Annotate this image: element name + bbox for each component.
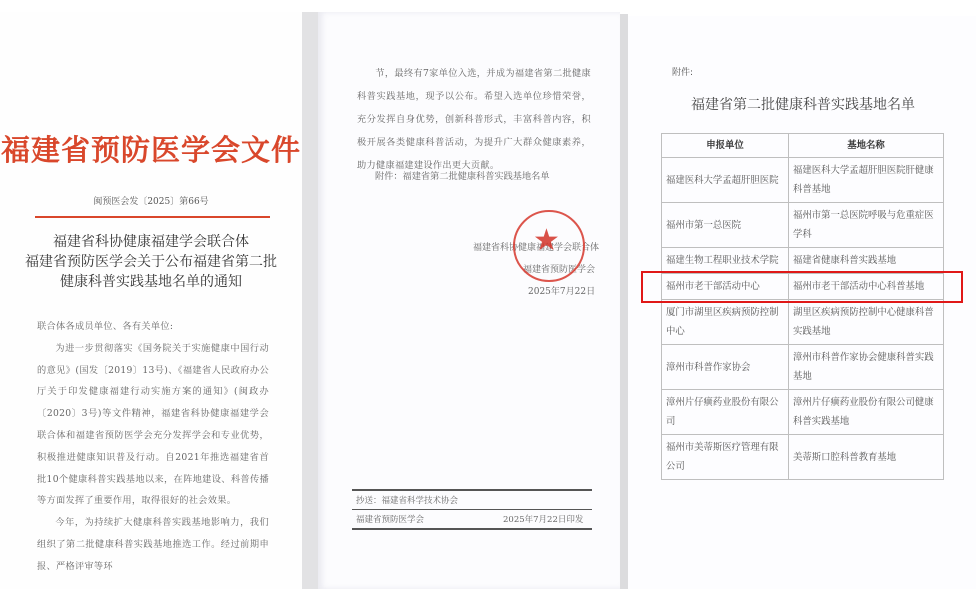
continuation-paragraph: 节，最终有7家单位入选，并成为福建省第二批健康科普实践基地，现予以公布。希望入选… — [357, 62, 591, 177]
cc-line: 抄送：福建省科学技术协会 — [356, 494, 458, 506]
notice-body: 联合体各成员单位、各有关单位: 为进一步贯彻落实《国务院关于实施健康中国行动的意… — [37, 316, 269, 578]
cell-base: 湖里区疾病预防控制中心健康科普实践基地 — [789, 300, 944, 345]
table-row: 漳州片仔癀药业股份有限公司漳州片仔癀药业股份有限公司健康科普实践基地 — [662, 390, 944, 435]
table-header-row: 申报单位 基地名称 — [662, 134, 944, 158]
column-header-unit: 申报单位 — [662, 134, 789, 158]
notice-title-line: 健康科普实践基地名单的通知 — [0, 272, 302, 292]
document-number: 闽预医会发〔2025〕第66号 — [0, 194, 302, 207]
cell-unit: 福建医科大学孟超肝胆医院 — [662, 158, 789, 203]
cell-unit: 漳州片仔癀药业股份有限公司 — [662, 390, 789, 435]
official-seal: ★ — [513, 210, 585, 282]
highlight-box — [641, 271, 963, 303]
header-divider — [35, 216, 270, 218]
attachment-line: 附件：福建省第二批健康科普实践基地名单 — [375, 168, 550, 182]
column-header-base: 基地名称 — [789, 134, 944, 158]
cell-base: 漳州片仔癀药业股份有限公司健康科普实践基地 — [789, 390, 944, 435]
sign-date: 2025年7月22日 — [528, 284, 595, 297]
cell-base: 福州市第一总医院呼吸与危重症医学科 — [789, 203, 944, 248]
cell-base: 漳州市科普作家协会健康科普实践基地 — [789, 345, 944, 390]
table-row: 漳州市科普作家协会漳州市科普作家协会健康科普实践基地 — [662, 345, 944, 390]
body-paragraph-1: 为进一步贯彻落实《国务院关于实施健康中国行动的意见》(国发〔2019〕13号)、… — [37, 338, 269, 512]
issue-date: 2025年7月22日印发 — [503, 513, 583, 525]
page-2-edge — [620, 14, 628, 589]
issuer: 福建省预防医学会 — [356, 513, 424, 525]
star-icon: ★ — [533, 226, 560, 256]
document-header-title: 福建省预防医学会文件 — [0, 128, 302, 169]
cell-unit: 漳州市科普作家协会 — [662, 345, 789, 390]
table-row: 福建医科大学孟超肝胆医院福建医科大学孟超肝胆医院肝健康科普基地 — [662, 158, 944, 203]
cc-rule-top — [352, 489, 592, 491]
cell-unit: 厦门市湖里区疾病预防控制中心 — [662, 300, 789, 345]
cell-base: 美蒂斯口腔科普教育基地 — [789, 435, 944, 480]
table-row: 福州市第一总医院福州市第一总医院呼吸与危重症医学科 — [662, 203, 944, 248]
list-title: 福建省第二批健康科普实践基地名单 — [630, 94, 976, 114]
base-list-table: 申报单位 基地名称 福建医科大学孟超肝胆医院福建医科大学孟超肝胆医院肝健康科普基… — [661, 133, 944, 480]
notice-title-line: 福建省预防医学会关于公布福建省第二批 — [0, 252, 302, 272]
notice-title: 福建省科协健康福建学会联合体 福建省预防医学会关于公布福建省第二批 健康科普实践… — [0, 232, 302, 292]
body-paragraph-2: 今年，为持续扩大健康科普实践基地影响力，我们组织了第二批健康科普实践基地推选工作… — [37, 512, 269, 577]
cc-rule-mid — [352, 509, 592, 510]
notice-title-line: 福建省科协健康福建学会联合体 — [0, 232, 302, 252]
cell-base: 福建医科大学孟超肝胆医院肝健康科普基地 — [789, 158, 944, 203]
cell-unit: 福州市美蒂斯医疗管理有限公司 — [662, 435, 789, 480]
table-row: 福州市美蒂斯医疗管理有限公司美蒂斯口腔科普教育基地 — [662, 435, 944, 480]
cc-rule-bottom — [352, 528, 592, 530]
attachment-label: 附件: — [672, 65, 693, 78]
table-row: 厦门市湖里区疾病预防控制中心湖里区疾病预防控制中心健康科普实践基地 — [662, 300, 944, 345]
salutation: 联合体各成员单位、各有关单位: — [37, 316, 269, 338]
cell-unit: 福州市第一总医院 — [662, 203, 789, 248]
page-1-edge — [302, 12, 318, 589]
